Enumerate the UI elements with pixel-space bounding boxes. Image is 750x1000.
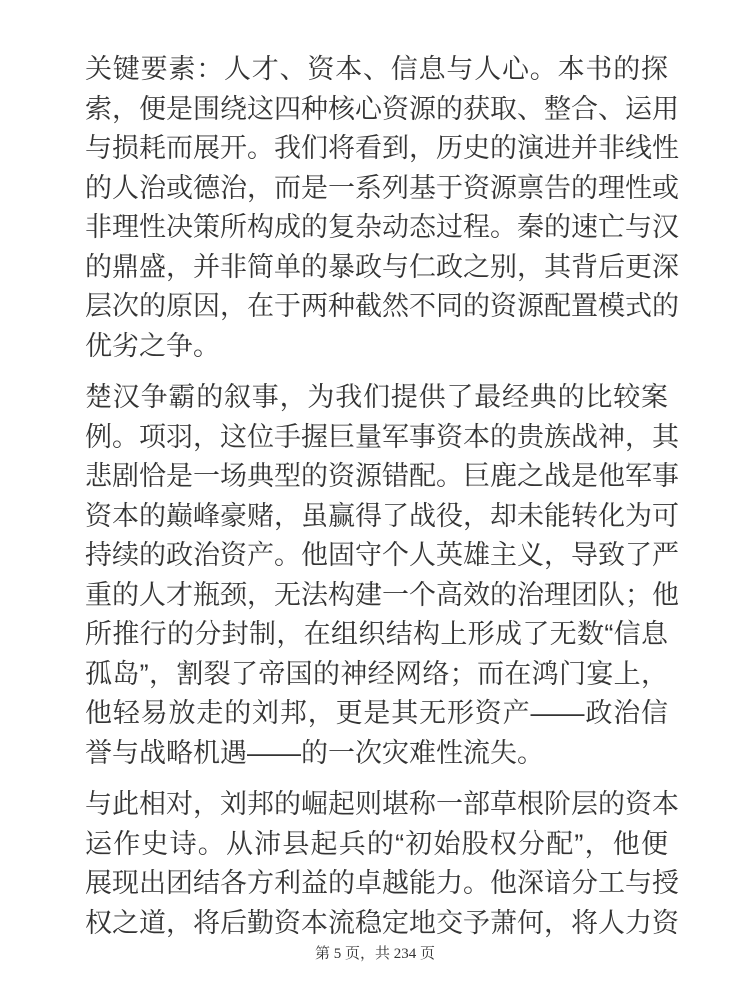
paragraph: 楚汉争霸的叙事，为我们提供了最经典的比较案例。项羽，这位手握巨量军事资本的贵族战… xyxy=(85,378,668,773)
text-line: 的人治或德治，而是一系列基于资源禀告的理性或 xyxy=(85,169,668,209)
text-line: 所推行的分封制，在组织结构上形成了无数“信息 xyxy=(85,615,668,655)
paragraph: 关键要素：人才、资本、信息与人心。本书的探索，便是围绕这四种核心资源的获取、整合… xyxy=(85,50,668,366)
text-line: 资本的巅峰豪赌，虽赢得了战役，却未能转化为可 xyxy=(85,497,668,537)
text-line: 层次的原因，在于两种截然不同的资源配置模式的 xyxy=(85,287,668,327)
text-body: 关键要素：人才、资本、信息与人心。本书的探索，便是围绕这四种核心资源的获取、整合… xyxy=(85,50,668,955)
page-number-indicator: 第 5 页，共 234 页 xyxy=(0,944,750,964)
text-line: 他轻易放走的刘邦，更是其无形资产——政治信 xyxy=(85,694,668,734)
text-line: 索，便是围绕这四种核心资源的获取、整合、运用 xyxy=(85,90,668,130)
text-line: 重的人才瓶颈，无法构建一个高效的治理团队；他 xyxy=(85,576,668,616)
text-line: 展现出团结各方利益的卓越能力。他深谙分工与授 xyxy=(85,864,668,904)
text-line: 誉与战略机遇——的一次灾难性流失。 xyxy=(85,734,668,774)
text-line: 持续的政治资产。他固守个人英雄主义，导致了严 xyxy=(85,536,668,576)
text-line: 例。项羽，这位手握巨量军事资本的贵族战神，其 xyxy=(85,418,668,458)
text-line: 与损耗而展开。我们将看到，历史的演进并非线性 xyxy=(85,129,668,169)
text-line: 关键要素：人才、资本、信息与人心。本书的探 xyxy=(85,50,668,90)
text-line: 孤岛”，割裂了帝国的神经网络；而在鸿门宴上， xyxy=(85,655,668,695)
text-line: 优劣之争。 xyxy=(85,327,668,367)
paragraph: 与此相对，刘邦的崛起则堪称一部草根阶层的资本运作史诗。从沛县起兵的“初始股权分配… xyxy=(85,785,668,943)
text-line: 权之道，将后勤资本流稳定地交予萧何，将人力资 xyxy=(85,904,668,944)
document-page: 关键要素：人才、资本、信息与人心。本书的探索，便是围绕这四种核心资源的获取、整合… xyxy=(0,0,750,1000)
text-line: 的鼎盛，并非简单的暴政与仁政之别，其背后更深 xyxy=(85,248,668,288)
text-line: 与此相对，刘邦的崛起则堪称一部草根阶层的资本 xyxy=(85,785,668,825)
text-line: 悲剧恰是一场典型的资源错配。巨鹿之战是他军事 xyxy=(85,457,668,497)
text-line: 楚汉争霸的叙事，为我们提供了最经典的比较案 xyxy=(85,378,668,418)
text-line: 运作史诗。从沛县起兵的“初始股权分配”，他便 xyxy=(85,825,668,865)
text-line: 非理性决策所构成的复杂动态过程。秦的速亡与汉 xyxy=(85,208,668,248)
